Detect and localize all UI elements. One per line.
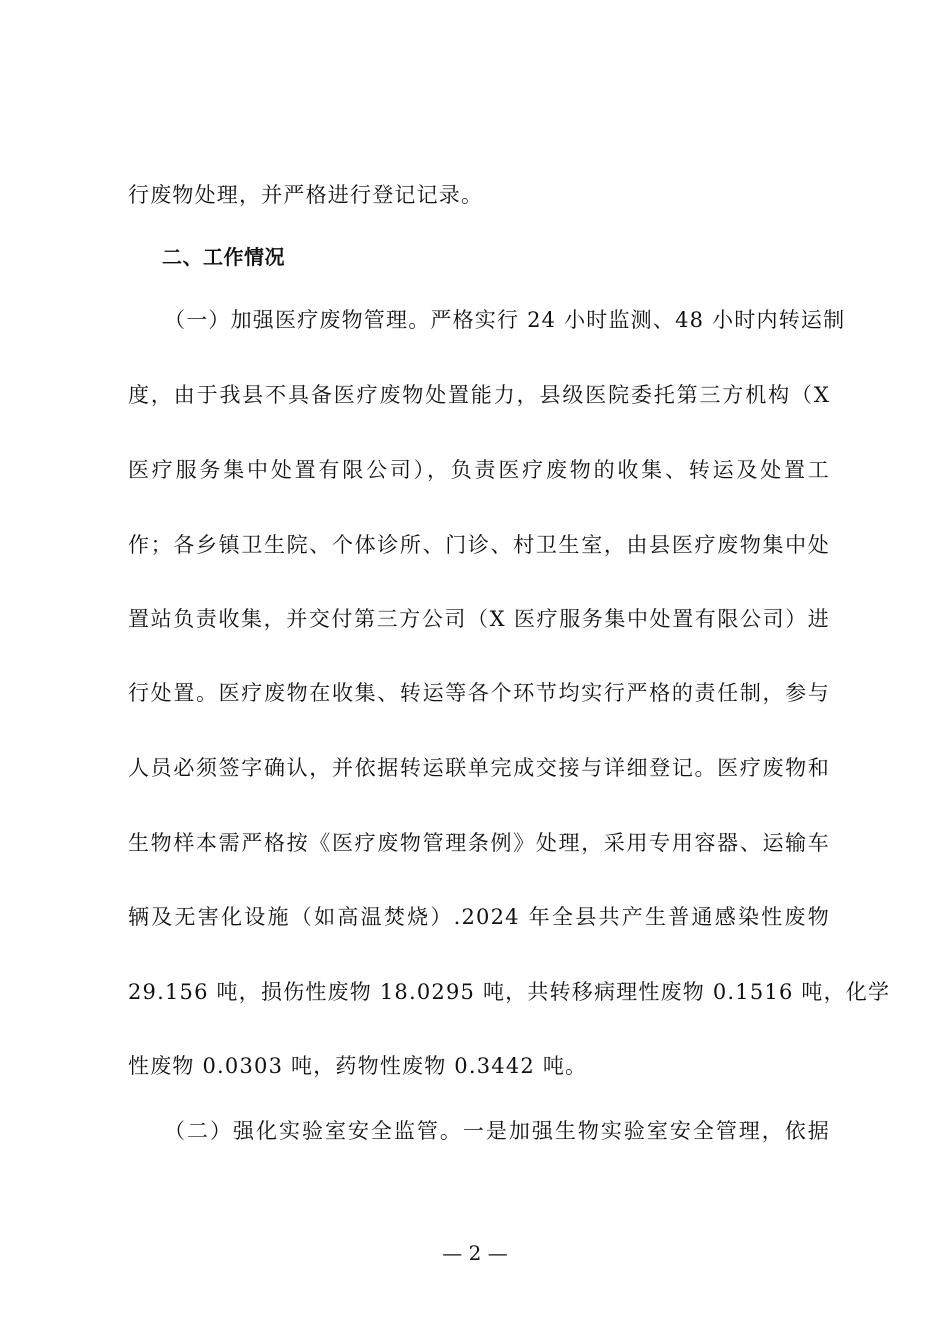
paragraph-line: 作；各乡镇卫生院、个体诊所、门诊、村卫生室，由县医疗废物集中处 [128,531,830,559]
paragraph-line: 人员必须签字确认，并依据转运联单完成交接与详细登记。医疗废物和 [128,754,830,782]
section-heading: 二、工作情况 [162,243,285,271]
document-page: 行废物处理，并严格进行登记记录。 二、工作情况 （一）加强医疗废物管理。严格实行… [0,0,950,1344]
continuation-line: 行废物处理，并严格进行登记记录。 [128,181,830,209]
paragraph-line: 辆及无害化设施（如高温焚烧）.2024 年全县共产生普通感染性废物 [128,903,830,931]
paragraph-line: 行处置。医疗废物在收集、转运等各个环节均实行严格的责任制，参与 [128,679,830,707]
paragraph-line: 度，由于我县不具备医疗废物处置能力，县级医院委托第三方机构（X [128,381,830,409]
paragraph-line: 29.156 吨，损伤性废物 18.0295 吨，共转移病理性废物 0.1516… [128,978,830,1006]
page-number: — 2 — [0,1239,950,1267]
paragraph-line: （二）强化实验室安全监管。一是加强生物实验室安全管理，依据 [128,1117,830,1145]
paragraph-line: （一）加强医疗废物管理。严格实行 24 小时监测、48 小时内转运制 [128,306,830,334]
paragraph-line: 生物样本需严格按《医疗废物管理条例》处理，采用专用容器、运输车 [128,829,830,857]
paragraph-line: 医疗服务集中处置有限公司），负责医疗废物的收集、转运及处置工 [128,456,830,484]
paragraph-line: 性废物 0.0303 吨，药物性废物 0.3442 吨。 [128,1052,830,1080]
paragraph-line: 置站负责收集，并交付第三方公司（X 医疗服务集中处置有限公司）进 [128,605,830,633]
